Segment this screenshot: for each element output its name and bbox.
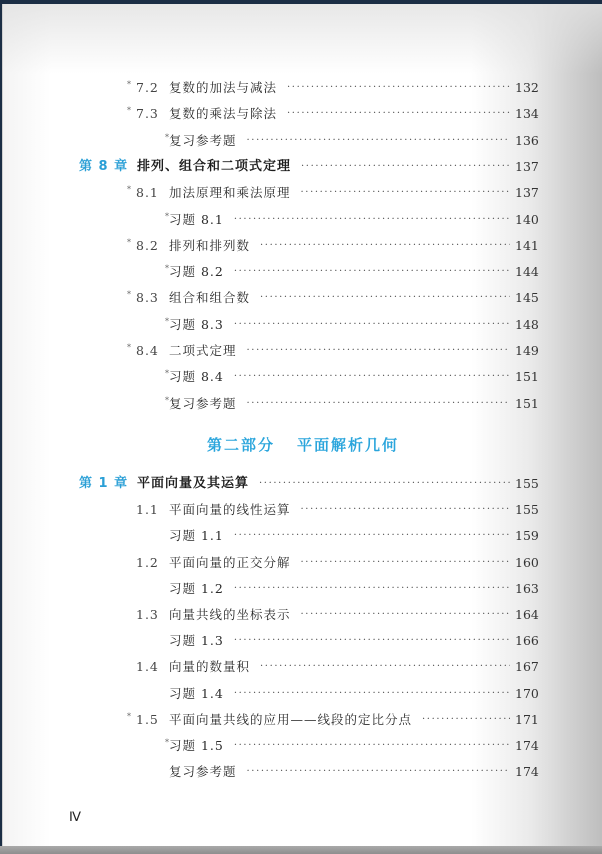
entry-page-number: 174 <box>515 762 537 782</box>
toc-entry-section[interactable]: 1.1平面向量的线性运算····························… <box>3 500 602 520</box>
entry-title: 向量的数量积 <box>169 657 256 677</box>
entry-title: 复数的乘法与除法 <box>169 104 283 124</box>
toc-entry-sub[interactable]: 习题 1.2··································… <box>3 579 602 599</box>
entry-page-number: 136 <box>515 131 537 151</box>
entry-page-number: 151 <box>515 394 537 414</box>
section-number: 1.4 <box>136 657 159 677</box>
entry-page-number: 155 <box>515 474 537 494</box>
entry-title: 向量共线的坐标表示 <box>169 605 297 625</box>
dot-leader: ········································… <box>259 474 510 494</box>
entry-page-number: 148 <box>515 315 537 335</box>
entry-page-number: 166 <box>515 631 537 651</box>
toc-entry-chapter[interactable]: 第 1 章平面向量及其运算···························… <box>3 474 602 494</box>
entry-title: 二项式定理 <box>169 341 243 361</box>
dot-leader: ········································… <box>234 262 510 282</box>
entry-page-number: 159 <box>515 526 537 546</box>
entry-page-number: 151 <box>515 367 537 387</box>
dot-leader: ········································… <box>260 657 510 677</box>
entry-page-number: 134 <box>515 104 537 124</box>
entry-title: 平面向量共线的应用——线段的定比分点 <box>169 710 418 730</box>
dot-leader: ········································… <box>287 104 510 124</box>
entry-title: 复习参考题 <box>169 394 243 414</box>
toc-entry-sub[interactable]: *复习参考题··································… <box>3 131 602 151</box>
dot-leader: ········································… <box>301 500 510 520</box>
dot-leader: ········································… <box>234 579 510 599</box>
entry-page-number: 163 <box>515 579 537 599</box>
entry-page-number: 137 <box>515 183 537 203</box>
dot-leader: ········································… <box>247 131 510 151</box>
toc-entry-sub[interactable]: 复习参考题···································… <box>3 762 602 782</box>
star-marker: * <box>127 707 131 727</box>
page-number: Ⅳ <box>69 809 81 825</box>
entry-page-number: 171 <box>515 710 537 730</box>
part-heading-right: 平面解析几何 <box>297 434 399 455</box>
toc-entry-sub[interactable]: *复习参考题··································… <box>3 394 602 414</box>
page-shade <box>3 4 602 74</box>
toc-entry-sub[interactable]: *习题 8.4·································… <box>3 367 602 387</box>
chapter-label: 第 8 章 <box>79 157 128 177</box>
section-number: 1.5 <box>136 710 159 730</box>
star-marker: * <box>127 285 131 305</box>
star-marker: * <box>127 233 131 253</box>
entry-page-number: 140 <box>515 210 537 230</box>
section-number: 7.3 <box>136 104 159 124</box>
section-number: 8.4 <box>136 341 159 361</box>
section-number: 1.1 <box>136 500 159 520</box>
dot-leader: ········································… <box>234 210 510 230</box>
toc-entry-sub[interactable]: *习题 8.1·································… <box>3 210 602 230</box>
section-number: 8.1 <box>136 183 159 203</box>
entry-title: 复习参考题 <box>169 762 243 782</box>
section-number: 8.2 <box>136 236 159 256</box>
entry-title: 习题 8.1 <box>169 210 230 230</box>
entry-title: 组合和组合数 <box>169 288 256 308</box>
entry-title: 习题 8.2 <box>169 262 230 282</box>
toc-entry-sub[interactable]: 习题 1.4··································… <box>3 684 602 704</box>
dot-leader: ········································… <box>234 736 510 756</box>
dot-leader: ········································… <box>234 367 510 387</box>
dot-leader: ········································… <box>247 762 510 782</box>
entry-page-number: 145 <box>515 288 537 308</box>
viewer-bottom-bar <box>0 846 602 854</box>
toc-entry-sub[interactable]: *习题 8.2·································… <box>3 262 602 282</box>
entry-page-number: 164 <box>515 605 537 625</box>
toc-entry-section[interactable]: *8.1加法原理和乘法原理···························… <box>3 183 602 203</box>
dot-leader: ········································… <box>287 78 510 98</box>
entry-page-number: 137 <box>515 157 537 177</box>
entry-title: 习题 8.4 <box>169 367 230 387</box>
part-heading: 第二部分平面解析几何 <box>3 434 602 455</box>
toc-entry-section[interactable]: 1.2平面向量的正交分解····························… <box>3 553 602 573</box>
toc-entry-section[interactable]: *8.2排列和排列数······························… <box>3 236 602 256</box>
toc-entry-sub[interactable]: 习题 1.3··································… <box>3 631 602 651</box>
entry-title: 平面向量的正交分解 <box>169 553 297 573</box>
entry-title: 习题 1.3 <box>169 631 230 651</box>
dot-leader: ········································… <box>234 315 510 335</box>
entry-title: 平面向量的线性运算 <box>169 500 297 520</box>
star-marker: * <box>127 180 131 200</box>
toc-entry-section[interactable]: *7.3复数的乘法与除法····························… <box>3 104 602 124</box>
entry-title: 习题 1.2 <box>169 579 230 599</box>
dot-leader: ········································… <box>260 288 510 308</box>
chapter-label: 第 1 章 <box>79 474 128 494</box>
entry-title: 排列和排列数 <box>169 236 256 256</box>
entry-title: 复数的加法与减法 <box>169 78 283 98</box>
entry-title: 习题 1.5 <box>169 736 230 756</box>
section-number: 1.2 <box>136 553 159 573</box>
dot-leader: ········································… <box>301 553 510 573</box>
dot-leader: ········································… <box>234 684 510 704</box>
star-marker: * <box>127 101 131 121</box>
toc-entry-section[interactable]: *1.5平面向量共线的应用——线段的定比分点··················… <box>3 710 602 730</box>
toc-entry-section[interactable]: 1.4向量的数量积·······························… <box>3 657 602 677</box>
toc-entry-sub[interactable]: 习题 1.1··································… <box>3 526 602 546</box>
toc-entry-sub[interactable]: *习题 8.3·································… <box>3 315 602 335</box>
entry-title: 复习参考题 <box>169 131 243 151</box>
dot-leader: ········································… <box>422 710 510 730</box>
entry-page-number: 141 <box>515 236 537 256</box>
dot-leader: ········································… <box>247 394 510 414</box>
toc-entry-section[interactable]: *8.3组合和组合数······························… <box>3 288 602 308</box>
star-marker: * <box>127 75 131 95</box>
section-number: 7.2 <box>136 78 159 98</box>
section-number: 8.3 <box>136 288 159 308</box>
toc-entry-chapter[interactable]: 第 8 章排列、组合和二项式定理························… <box>3 157 602 177</box>
section-number: 1.3 <box>136 605 159 625</box>
entry-page-number: 170 <box>515 684 537 704</box>
toc-entry-section[interactable]: *7.2复数的加法与减法····························… <box>3 78 602 98</box>
toc-page: *7.2复数的加法与减法····························… <box>2 4 602 846</box>
entry-page-number: 155 <box>515 500 537 520</box>
entry-title: 习题 8.3 <box>169 315 230 335</box>
entry-title: 习题 1.4 <box>169 684 230 704</box>
entry-page-number: 132 <box>515 78 537 98</box>
part-heading-left: 第二部分 <box>207 434 275 455</box>
entry-title: 习题 1.1 <box>169 526 230 546</box>
entry-page-number: 149 <box>515 341 537 361</box>
toc-entry-section[interactable]: 1.3向量共线的坐标表示····························… <box>3 605 602 625</box>
dot-leader: ········································… <box>234 631 510 651</box>
dot-leader: ········································… <box>247 341 510 361</box>
toc-entry-sub[interactable]: *习题 1.5·································… <box>3 736 602 756</box>
dot-leader: ········································… <box>301 183 510 203</box>
dot-leader: ········································… <box>301 157 510 177</box>
dot-leader: ········································… <box>260 236 510 256</box>
entry-page-number: 174 <box>515 736 537 756</box>
toc-entry-section[interactable]: *8.4二项式定理·······························… <box>3 341 602 361</box>
entry-title: 加法原理和乘法原理 <box>169 183 297 203</box>
entry-page-number: 167 <box>515 657 537 677</box>
entry-title: 平面向量及其运算 <box>137 474 255 494</box>
entry-page-number: 160 <box>515 553 537 573</box>
entry-page-number: 144 <box>515 262 537 282</box>
dot-leader: ········································… <box>301 605 510 625</box>
entry-title: 排列、组合和二项式定理 <box>137 157 297 177</box>
star-marker: * <box>127 338 131 358</box>
dot-leader: ········································… <box>234 526 510 546</box>
